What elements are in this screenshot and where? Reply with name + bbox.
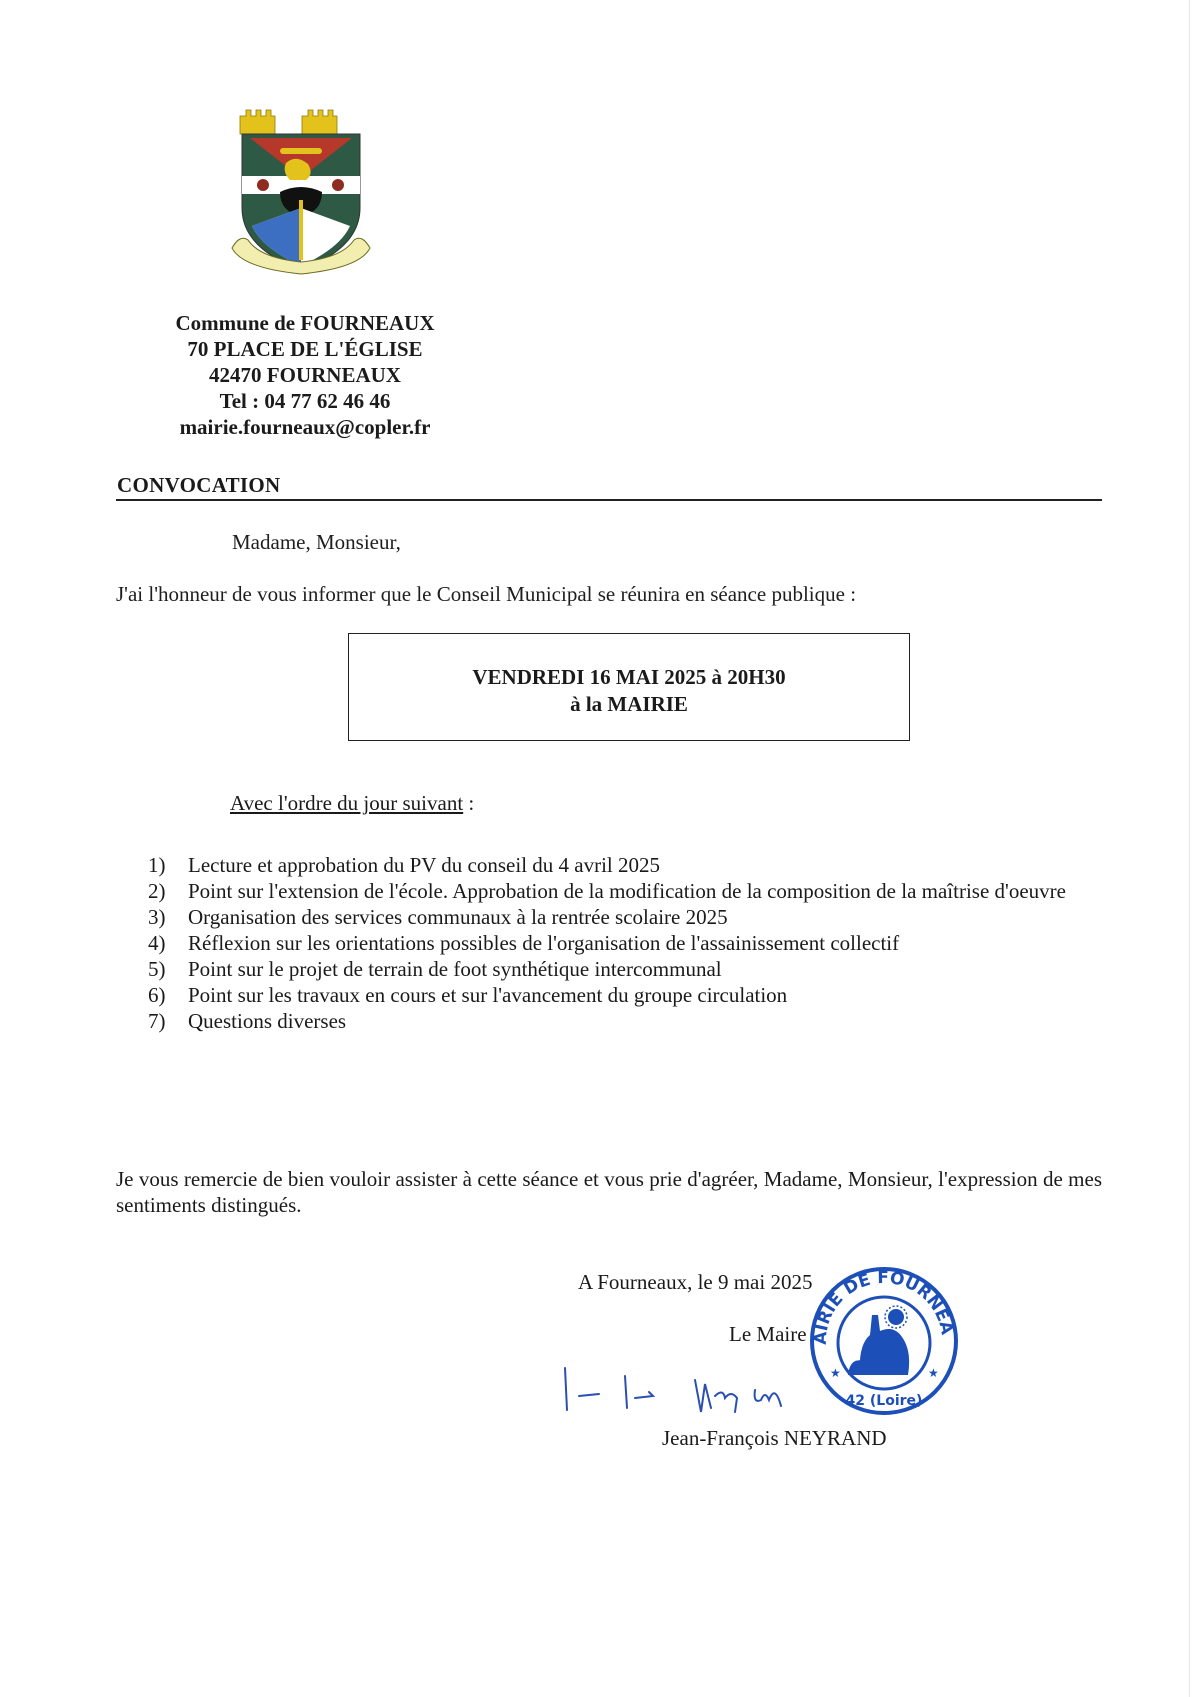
handwritten-signature-icon xyxy=(555,1360,815,1420)
municipality-header: Commune de FOURNEAUX 70 PLACE DE L'ÉGLIS… xyxy=(140,310,470,440)
agenda-item-number: 3) xyxy=(148,904,166,930)
svg-text:★: ★ xyxy=(830,1366,841,1380)
agenda-heading-suffix: : xyxy=(463,791,474,815)
agenda-item: 6)Point sur les travaux en cours et sur … xyxy=(148,982,1108,1008)
agenda-item-text: Questions diverses xyxy=(188,1009,346,1033)
agenda-item-text: Point sur l'extension de l'école. Approb… xyxy=(188,879,1066,903)
agenda-item-number: 1) xyxy=(148,852,166,878)
official-stamp-icon: MAIRIE DE FOURNEAUX 42 (Loire) ★ ★ xyxy=(808,1265,960,1417)
agenda-item-text: Point sur le projet de terrain de foot s… xyxy=(188,957,722,981)
agenda-item: 2)Point sur l'extension de l'école. Appr… xyxy=(148,878,1108,904)
agenda-item: 5)Point sur le projet de terrain de foot… xyxy=(148,956,1108,982)
svg-text:★: ★ xyxy=(928,1366,939,1380)
place-and-date: A Fourneaux, le 9 mai 2025 xyxy=(578,1270,812,1295)
agenda-item: 7)Questions diverses xyxy=(148,1008,1108,1034)
agenda-item-number: 2) xyxy=(148,878,166,904)
title-divider xyxy=(116,499,1102,501)
phone-number: Tel : 04 77 62 46 46 xyxy=(140,388,470,414)
page-edge xyxy=(1189,0,1190,1697)
postal-address: 42470 FOURNEAUX xyxy=(140,362,470,388)
document-page: Commune de FOURNEAUX 70 PLACE DE L'ÉGLIS… xyxy=(0,0,1200,1697)
email-address[interactable]: mairie.fourneaux@copler.fr xyxy=(140,414,470,440)
agenda-item: 4)Réflexion sur les orientations possibl… xyxy=(148,930,1108,956)
coat-of-arms-icon xyxy=(230,108,372,280)
salutation: Madame, Monsieur, xyxy=(232,530,401,555)
agenda-item: 1)Lecture et approbation du PV du consei… xyxy=(148,852,1108,878)
agenda-item-text: Lecture et approbation du PV du conseil … xyxy=(188,853,660,877)
agenda-item-text: Réflexion sur les orientations possibles… xyxy=(188,931,899,955)
agenda-item-number: 6) xyxy=(148,982,166,1008)
agenda-item: 3)Organisation des services communaux à … xyxy=(148,904,1108,930)
svg-text:42 (Loire): 42 (Loire) xyxy=(846,1393,923,1409)
meeting-info-box: VENDREDI 16 MAI 2025 à 20H30 à la MAIRIE xyxy=(348,633,910,741)
agenda-item-text: Organisation des services communaux à la… xyxy=(188,905,728,929)
agenda-list: 1)Lecture et approbation du PV du consei… xyxy=(148,852,1108,1034)
meeting-date-time: VENDREDI 16 MAI 2025 à 20H30 xyxy=(349,664,909,691)
street-address: 70 PLACE DE L'ÉGLISE xyxy=(140,336,470,362)
document-title: CONVOCATION xyxy=(117,473,281,498)
agenda-item-number: 5) xyxy=(148,956,166,982)
commune-name: Commune de FOURNEAUX xyxy=(140,310,470,336)
closing-paragraph: Je vous remercie de bien vouloir assiste… xyxy=(116,1166,1102,1218)
agenda-item-number: 4) xyxy=(148,930,166,956)
agenda-item-number: 7) xyxy=(148,1008,166,1034)
signer-name: Jean-François NEYRAND xyxy=(662,1426,887,1451)
agenda-heading: Avec l'ordre du jour suivant : xyxy=(230,791,474,816)
agenda-heading-text: Avec l'ordre du jour suivant xyxy=(230,791,463,815)
signer-role: Le Maire xyxy=(729,1322,807,1347)
intro-paragraph: J'ai l'honneur de vous informer que le C… xyxy=(116,582,856,607)
meeting-location: à la MAIRIE xyxy=(349,691,909,718)
agenda-item-text: Point sur les travaux en cours et sur l'… xyxy=(188,983,787,1007)
